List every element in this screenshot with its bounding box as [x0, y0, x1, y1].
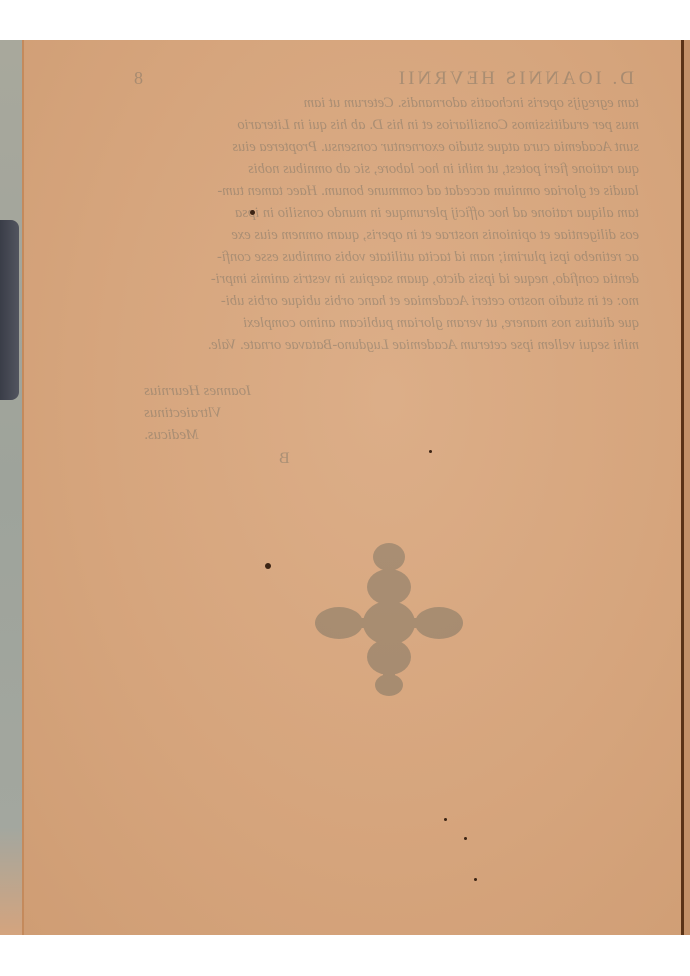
ink-speck: [464, 837, 467, 840]
ink-speck: [429, 450, 432, 453]
text-line: dentia confido, neque id ipsis dicto, qu…: [129, 268, 639, 290]
grey-backing-board: [0, 40, 24, 935]
text-line: ac retinebo ipsi plurimi; nam id tacita …: [129, 246, 639, 268]
text-line: tam egregijs operis inchoatis adornandis…: [129, 92, 639, 114]
ink-speck: [250, 210, 255, 215]
signature-title: Medicus.: [144, 424, 314, 446]
next-page-edge: [684, 40, 690, 935]
text-line: mus per eruditissimos Consiliarios et in…: [129, 114, 639, 136]
text-line: qua ratione fieri potest, ut mihi in hoc…: [129, 158, 639, 180]
book-page: D. IOANNIS HEVRNII 8 tam egregijs operis…: [22, 40, 684, 935]
fleuron-ornament-icon: [309, 535, 469, 700]
signature-mark: B: [279, 450, 290, 468]
book-clip: [0, 220, 19, 400]
signature-name: Ioannes Heurnius Vltraiectinus: [144, 380, 314, 424]
text-line: que diutius nos manere, ut veram gloriam…: [129, 312, 639, 334]
ink-speck: [265, 563, 271, 569]
scan-image: D. IOANNIS HEVRNII 8 tam egregijs operis…: [0, 40, 690, 935]
text-line: sunt Academia cura atque studio exornent…: [129, 136, 639, 158]
body-text: tam egregijs operis inchoatis adornandis…: [129, 92, 639, 356]
text-line: laudis et gloriae omnium accedat ad comm…: [129, 180, 639, 202]
ink-speck: [444, 818, 447, 821]
running-head: D. IOANNIS HEVRNII 8: [134, 68, 634, 90]
running-head-title: D. IOANNIS HEVRNII: [396, 68, 634, 90]
page-number: 8: [134, 68, 143, 89]
text-line: mo: et in studio nostro ceteri Academiae…: [129, 290, 639, 312]
text-line: eos diligentiae et opinionis nostrae et …: [129, 224, 639, 246]
text-line: tam aliqua ratione ad hoc officij plerum…: [129, 202, 639, 224]
ink-speck: [474, 878, 477, 881]
text-line: mihi sequi vellem ipse ceterum Academiae…: [129, 334, 639, 356]
signature: Ioannes Heurnius Vltraiectinus Medicus.: [144, 380, 314, 446]
